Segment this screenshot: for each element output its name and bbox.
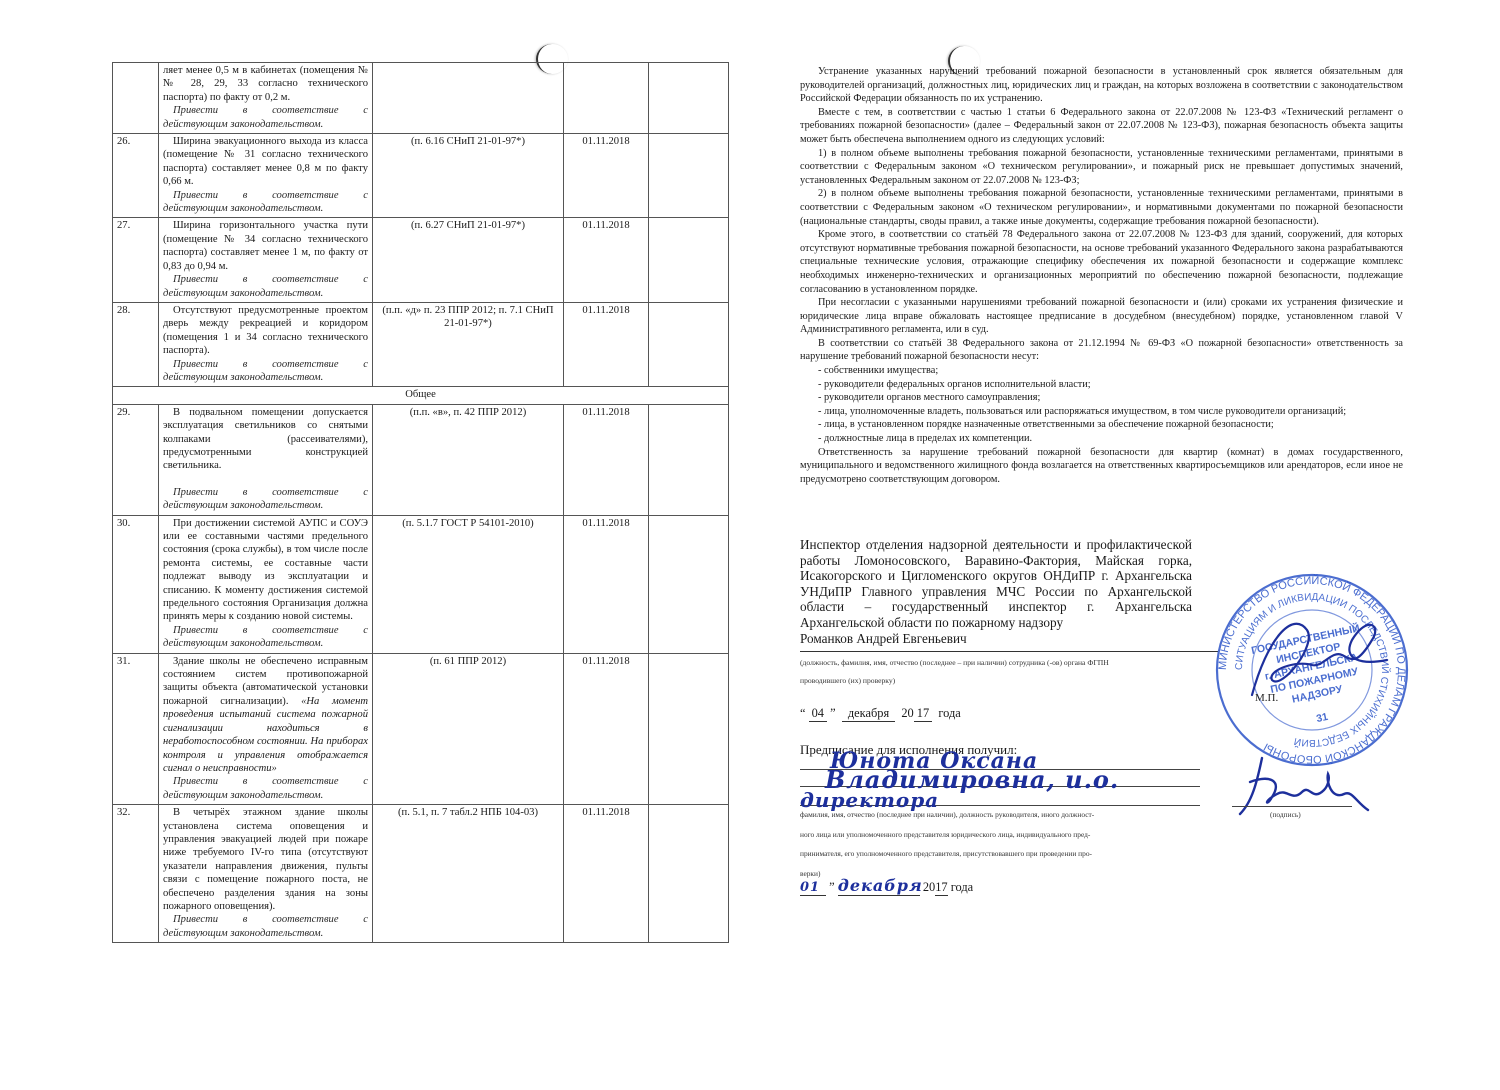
quote-mark: ” bbox=[830, 706, 836, 721]
list-item: - лица, уполномоченные владеть, пользова… bbox=[800, 405, 1403, 419]
list-item: - должностные лица в пределах их компете… bbox=[800, 432, 1403, 446]
paragraph: Ответственность за нарушение требований … bbox=[800, 446, 1403, 487]
row-description: При достижении системой АУПС и СОУЭ или … bbox=[163, 517, 368, 624]
section-row: Общее bbox=[113, 387, 729, 404]
row-deadline: 01.11.2018 bbox=[564, 515, 649, 653]
quote-mark: ” bbox=[829, 880, 835, 894]
date-year-suffix: 17 bbox=[914, 706, 932, 722]
divider bbox=[800, 651, 1218, 652]
left-page: ляет менее 0,5 м в кабинетах (помещения … bbox=[0, 0, 750, 1090]
row-action: Привести в соответствие с действующим за… bbox=[163, 775, 368, 802]
recipient-caption: фамилия, имя, отчество (последнее при на… bbox=[800, 805, 1200, 883]
signature-caption: (подпись) bbox=[1270, 810, 1301, 819]
inspector-name: Романков Андрей Евгеньевич bbox=[800, 631, 1192, 647]
row-number: 32. bbox=[113, 805, 159, 943]
row-mark bbox=[649, 134, 729, 218]
row-deadline: 01.11.2018 bbox=[564, 134, 649, 218]
row-reference: (п. 61 ППР 2012) bbox=[373, 653, 564, 804]
row-action: Привести в соответствие с действующим за… bbox=[163, 624, 368, 651]
row-action: Привести в соответствие с действующим за… bbox=[163, 913, 368, 940]
row-number: 26. bbox=[113, 134, 159, 218]
row-deadline: 01.11.2018 bbox=[564, 805, 649, 943]
row-mark bbox=[649, 515, 729, 653]
row-mark bbox=[649, 218, 729, 302]
caption-line: ного лица или уполномоченного представит… bbox=[800, 825, 1200, 845]
row-action: Привести в соответствие с действующим за… bbox=[163, 486, 368, 513]
row-reference: (п.п. «д» п. 23 ППР 2012; п. 7.1 СНиП 21… bbox=[373, 302, 564, 386]
table-row: 30. При достижении системой АУПС и СОУЭ … bbox=[113, 515, 729, 653]
date-month: декабря bbox=[842, 706, 895, 722]
date-year-suffix: 17 bbox=[935, 880, 947, 896]
violations-table: ляет менее 0,5 м в кабинетах (помещения … bbox=[112, 62, 729, 943]
list-item: - собственники имущества; bbox=[800, 364, 1403, 378]
paragraph: В соответствии со статьёй 38 Федеральног… bbox=[800, 337, 1403, 364]
paragraph: Кроме этого, в соответствии со статьёй 7… bbox=[800, 228, 1403, 296]
row-description: Отсутствуют предусмотренные проектом две… bbox=[163, 304, 368, 358]
row-number: 27. bbox=[113, 218, 159, 302]
row-action: Привести в соответствие с действующим за… bbox=[163, 189, 368, 216]
paragraph: Вместе с тем, в соответствии с частью 1 … bbox=[800, 106, 1403, 147]
paragraph: При несогласии с указанными нарушениями … bbox=[800, 296, 1403, 337]
row-reference: (п. 6.27 СНиП 21-01-97*) bbox=[373, 218, 564, 302]
row-deadline: 01.11.2018 bbox=[564, 653, 649, 804]
stamp-place-label: М.П. bbox=[1255, 692, 1278, 704]
row-action: Привести в соответствие с действующим за… bbox=[163, 104, 368, 131]
caption-line: принимателя, его уполномоченного предста… bbox=[800, 844, 1200, 864]
row-description: В подвальном помещении допускается экспл… bbox=[163, 406, 368, 473]
date-day: 01 bbox=[800, 880, 826, 896]
paragraph: 1) в полном объеме выполнены требования … bbox=[800, 147, 1403, 188]
row-description: В четырёх этажном здание школы установле… bbox=[163, 806, 368, 913]
paragraph: Устранение указанных нарушений требовани… bbox=[800, 65, 1403, 106]
table-row: 27. Ширина горизонтального участка пути … bbox=[113, 218, 729, 302]
list-item: - руководители органов местного самоупра… bbox=[800, 391, 1403, 405]
row-action: Привести в соответствие с действующим за… bbox=[163, 273, 368, 300]
caption-line: проводившего (их) проверку) bbox=[800, 672, 1220, 690]
date-year-prefix: 20 bbox=[901, 706, 913, 721]
received-date: 01 ” декабря 2017 года bbox=[800, 876, 973, 896]
signature-line bbox=[1232, 806, 1352, 807]
paragraph: 2) в полном объеме выполнены требования … bbox=[800, 187, 1403, 228]
caption-line: (должность, фамилия, имя, отчество (посл… bbox=[800, 654, 1220, 672]
row-reference: (п. 5.1.7 ГОСТ Р 54101-2010) bbox=[373, 515, 564, 653]
date-word: года bbox=[951, 880, 973, 894]
row-description: Ширина горизонтального участка пути (пом… bbox=[163, 219, 368, 273]
row-number: 29. bbox=[113, 404, 159, 515]
inspector-position: Инспектор отделения надзорной деятельнос… bbox=[800, 537, 1192, 631]
row-mark bbox=[649, 302, 729, 386]
inspector-date: “ 04 ” декабря 2017 года bbox=[800, 706, 961, 722]
quote-mark: “ bbox=[800, 706, 806, 721]
row-mark bbox=[649, 404, 729, 515]
official-stamp: МИНИСТЕРСТВО РОССИЙСКОЙ ФЕДЕРАЦИИ ПО ДЕЛ… bbox=[1212, 570, 1412, 770]
row-deadline: 01.11.2018 bbox=[564, 404, 649, 515]
inspector-block: Инспектор отделения надзорной деятельнос… bbox=[800, 537, 1192, 646]
table-row: 31. Здание школы не обеспечено исправным… bbox=[113, 653, 729, 804]
row-reference: (п.п. «в», п. 42 ППР 2012) bbox=[373, 404, 564, 515]
row-number: 30. bbox=[113, 515, 159, 653]
row-number: 31. bbox=[113, 653, 159, 804]
row-reference: (п. 5.1, п. 7 табл.2 НПБ 104-03) bbox=[373, 805, 564, 943]
row-reference: (п. 6.16 СНиП 21-01-97*) bbox=[373, 134, 564, 218]
date-month: декабря bbox=[838, 876, 920, 896]
row-quote: «На момент проведения испытаний система … bbox=[163, 696, 368, 774]
caption-line: фамилия, имя, отчество (последнее при на… bbox=[800, 805, 1200, 825]
date-word: года bbox=[938, 706, 960, 721]
stamp-number: 31 bbox=[1315, 711, 1329, 725]
table-row: 29. В подвальном помещении допускается э… bbox=[113, 404, 729, 515]
recipient-signature bbox=[1232, 752, 1372, 824]
inspector-caption: (должность, фамилия, имя, отчество (посл… bbox=[800, 654, 1220, 690]
date-day: 04 bbox=[809, 706, 827, 722]
row-description: ляет менее 0,5 м в кабинетах (помещения … bbox=[163, 64, 368, 104]
table-row-continued: ляет менее 0,5 м в кабинетах (помещения … bbox=[113, 63, 729, 134]
row-action: Привести в соответствие с действующим за… bbox=[163, 358, 368, 385]
date-year-prefix: 20 bbox=[923, 880, 935, 894]
row-deadline: 01.11.2018 bbox=[564, 302, 649, 386]
legal-text: Устранение указанных нарушений требовани… bbox=[800, 65, 1403, 486]
list-item: - лица, в установленном порядке назначен… bbox=[800, 418, 1403, 432]
table-row: 26. Ширина эвакуационного выхода из клас… bbox=[113, 134, 729, 218]
section-title: Общее bbox=[113, 387, 729, 404]
row-number: 28. bbox=[113, 302, 159, 386]
row-description: Ширина эвакуационного выхода из класса (… bbox=[163, 135, 368, 189]
row-deadline: 01.11.2018 bbox=[564, 218, 649, 302]
row-mark bbox=[649, 805, 729, 943]
table-row: 32. В четырёх этажном здание школы устан… bbox=[113, 805, 729, 943]
list-item: - руководители федеральных органов испол… bbox=[800, 378, 1403, 392]
table-row: 28. Отсутствуют предусмотренные проектом… bbox=[113, 302, 729, 386]
row-mark bbox=[649, 653, 729, 804]
